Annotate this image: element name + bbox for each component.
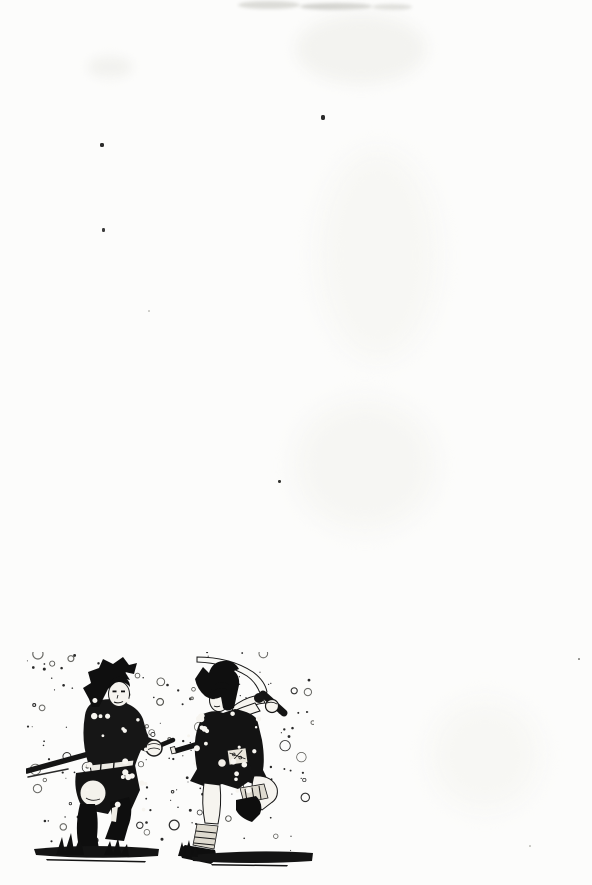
snow-under-layer: [27, 652, 314, 852]
snowflake-speck: [60, 667, 63, 670]
ground-strokes: [34, 833, 313, 867]
snowflake-speck: [172, 758, 174, 760]
snowflake-speck: [43, 745, 45, 747]
snowflake-circle: [69, 802, 71, 804]
figure-ronin: [27, 657, 173, 855]
boy-kimono-emblem: [218, 759, 226, 767]
snowflake-speck: [62, 684, 65, 687]
boy-bottom-fist: [266, 700, 279, 713]
snowflake-circle: [169, 820, 179, 830]
snowflake-speck: [288, 735, 291, 738]
snowflake-circle: [145, 725, 148, 728]
snowflake-circle: [304, 688, 311, 695]
snowflake-circle: [303, 778, 306, 781]
snowflake-on-clothing: [121, 775, 125, 779]
dust-speck: [578, 658, 580, 660]
snowflake-circle: [138, 762, 143, 767]
snowflake-on-clothing: [241, 762, 247, 768]
snowflake-speck: [182, 740, 184, 742]
snowflake-speck: [177, 806, 179, 808]
snowflake-circle: [171, 791, 174, 794]
snowflake-on-clothing: [252, 749, 256, 753]
snowflake-on-clothing: [129, 773, 134, 778]
snowflake-speck: [48, 758, 50, 760]
snowflake-on-clothing: [194, 745, 200, 751]
snowflake-circle: [68, 656, 74, 662]
snowflake-on-clothing: [144, 782, 148, 786]
illustration-samurai-snow-duel: [26, 652, 314, 868]
paper-smudge: [296, 14, 426, 84]
dust-speck: [148, 310, 150, 312]
ground-right-streak: [211, 864, 288, 867]
snowflake-speck: [270, 683, 271, 684]
paper-smudge: [295, 400, 435, 530]
ronin-sword-hilt: [161, 740, 173, 745]
snowflake-speck: [191, 822, 192, 823]
snowflake-circle: [259, 652, 268, 658]
snowflake-on-clothing: [136, 718, 139, 721]
snowflake-on-clothing: [99, 714, 103, 718]
snowflake-speck: [74, 772, 76, 774]
snowflake-on-clothing: [246, 787, 252, 793]
snowflake-speck: [64, 816, 65, 817]
snowflake-circle: [60, 824, 66, 830]
snowflake-speck: [188, 782, 189, 783]
snowflake-speck: [177, 689, 179, 691]
snowflake-circle: [301, 793, 309, 801]
snowflake-circle: [157, 678, 165, 686]
snowflake-circle: [192, 687, 196, 691]
snowflake-on-clothing: [139, 780, 144, 785]
snowflake-circle: [43, 778, 46, 781]
snowflake-circle: [274, 834, 278, 838]
snowflake-circle: [144, 829, 150, 835]
snowflake-on-clothing: [202, 726, 208, 732]
snowflake-speck: [43, 740, 45, 742]
snowflake-speck: [170, 800, 171, 801]
snowflake-on-clothing: [256, 716, 261, 721]
snowflake-speck: [189, 809, 192, 812]
snowflake-on-clothing: [122, 758, 128, 764]
snowflake-on-clothing: [196, 716, 202, 722]
snowflake-on-clothing: [204, 742, 208, 746]
snowflake-on-clothing: [87, 762, 93, 768]
snowflake-on-clothing: [91, 713, 97, 719]
snowflake-speck: [270, 817, 272, 819]
snowflake-circle: [135, 673, 140, 678]
snowflake-speck: [270, 766, 272, 768]
snowflake-circle: [291, 688, 297, 694]
dust-speck: [321, 115, 325, 120]
snowflake-speck: [51, 677, 52, 678]
snowflake-speck: [62, 772, 64, 774]
snowflake-speck: [290, 850, 291, 851]
snowflake-speck: [302, 772, 304, 774]
dust-speck: [100, 143, 104, 147]
boy-top-hand: [254, 693, 264, 703]
snowflake-speck: [259, 672, 260, 673]
paper-smudge: [88, 56, 132, 78]
dust-speck: [529, 845, 531, 847]
snowflake-circle: [50, 661, 55, 666]
paper-smudge: [372, 4, 412, 10]
ronin-kimono-torso: [83, 699, 157, 771]
figure-boy: [170, 657, 284, 864]
snowflake-speck: [186, 776, 189, 779]
snowflake-speck: [240, 695, 241, 696]
paper-smudge: [300, 3, 372, 10]
snowflake-speck: [142, 677, 143, 678]
snowflake-speck: [166, 684, 169, 687]
paper-smudge: [318, 150, 438, 360]
snowflake-speck: [190, 742, 191, 743]
snowflake-circle: [157, 699, 164, 706]
snowflake-speck: [239, 676, 240, 677]
snowflake-on-clothing: [255, 726, 257, 728]
snowflake-circle: [151, 732, 155, 736]
paper-smudge: [238, 1, 300, 9]
snowflake-speck: [281, 732, 282, 733]
snowflake-circle: [137, 822, 143, 828]
boy-front-leg: [203, 783, 221, 824]
snowflake-speck: [241, 652, 243, 654]
snowflake-speck: [199, 788, 201, 790]
snowflake-speck: [308, 679, 311, 682]
ronin-knee: [80, 780, 106, 806]
ground-left-streak: [46, 859, 146, 863]
snowflake-on-clothing: [86, 788, 89, 791]
snowflake-speck: [27, 726, 29, 728]
snowflake-on-clothing: [234, 778, 238, 782]
snowflake-on-clothing: [115, 802, 121, 808]
snowflake-circle: [39, 705, 45, 711]
snowflake-circle: [311, 721, 314, 725]
snowflake-on-clothing: [238, 746, 241, 749]
snowflake-circle: [33, 784, 41, 792]
snowflake-circle: [226, 816, 232, 822]
snowflake-speck: [146, 786, 148, 788]
snowflake-on-clothing: [230, 759, 236, 765]
dust-speck: [102, 228, 105, 232]
snowflake-speck: [97, 662, 99, 664]
snowflake-on-clothing: [234, 771, 239, 776]
snowflake-on-clothing: [187, 734, 190, 737]
snowflake-circle: [280, 741, 290, 751]
snowflake-on-clothing: [92, 698, 97, 703]
snowflake-on-clothing: [102, 734, 105, 737]
snowflake-circle: [33, 652, 43, 659]
snowflake-circle: [197, 810, 202, 815]
snowflake-speck: [290, 770, 292, 772]
snowflake-speck: [145, 821, 148, 824]
snowflake-on-clothing: [193, 762, 196, 765]
snowflake-circle: [33, 704, 36, 707]
boy-scabbard-cap: [170, 746, 176, 753]
snowflake-on-clothing: [144, 748, 148, 752]
snowflake-speck: [191, 750, 192, 751]
snowflake-speck: [160, 723, 161, 724]
snowflake-speck: [283, 728, 285, 730]
snowflake-speck: [43, 668, 46, 671]
snowflake-speck: [283, 768, 285, 770]
snowflake-on-clothing: [126, 699, 130, 704]
boy-front-legwrap: [193, 824, 218, 849]
snowflake-circle: [297, 752, 307, 762]
boy-back-sandal: [236, 796, 261, 822]
snowflake-speck: [65, 778, 66, 779]
ground-left: [34, 846, 159, 858]
snowflake-speck: [301, 778, 302, 779]
snowflake-speck: [146, 759, 147, 760]
snowflake-speck: [72, 687, 74, 689]
snowflake-speck: [243, 837, 245, 839]
snowflake-speck: [161, 838, 164, 841]
snowflake-speck: [145, 798, 147, 800]
paper-smudge: [430, 700, 540, 810]
snowflake-speck: [44, 820, 47, 823]
snowflake-speck: [54, 689, 55, 690]
snowflake-speck: [168, 758, 170, 760]
snowflake-speck: [290, 836, 291, 837]
snowflake-speck: [149, 809, 151, 811]
scanned-page: [0, 0, 592, 885]
snowflake-speck: [231, 794, 232, 795]
dust-speck: [278, 480, 281, 483]
snowflake-speck: [44, 663, 46, 665]
grass-tuft: [104, 838, 129, 856]
snowflake-speck: [66, 727, 67, 728]
snowflake-on-clothing: [121, 727, 125, 731]
snowflake-speck: [206, 652, 208, 653]
snowflake-on-clothing: [230, 711, 235, 716]
snowflake-on-clothing: [236, 789, 240, 793]
snowflake-speck: [182, 703, 184, 705]
snowflake-speck: [48, 820, 50, 822]
snowflake-circle: [191, 697, 193, 699]
snowflake-on-clothing: [105, 714, 110, 719]
snowflake-speck: [297, 712, 299, 714]
snowflake-speck: [306, 711, 308, 713]
snowflake-on-clothing: [142, 808, 146, 812]
snowflake-on-clothing: [84, 764, 87, 767]
snowflake-speck: [153, 697, 155, 699]
snowflake-speck: [27, 660, 28, 661]
snowflake-speck: [291, 727, 294, 730]
snowflake-speck: [268, 684, 269, 685]
snowflake-speck: [182, 755, 183, 756]
snowflake-speck: [208, 656, 209, 657]
snowflake-speck: [32, 666, 35, 669]
snowflake-speck: [32, 726, 33, 727]
snowflake-speck: [176, 789, 177, 790]
snowflake-speck: [50, 840, 52, 842]
